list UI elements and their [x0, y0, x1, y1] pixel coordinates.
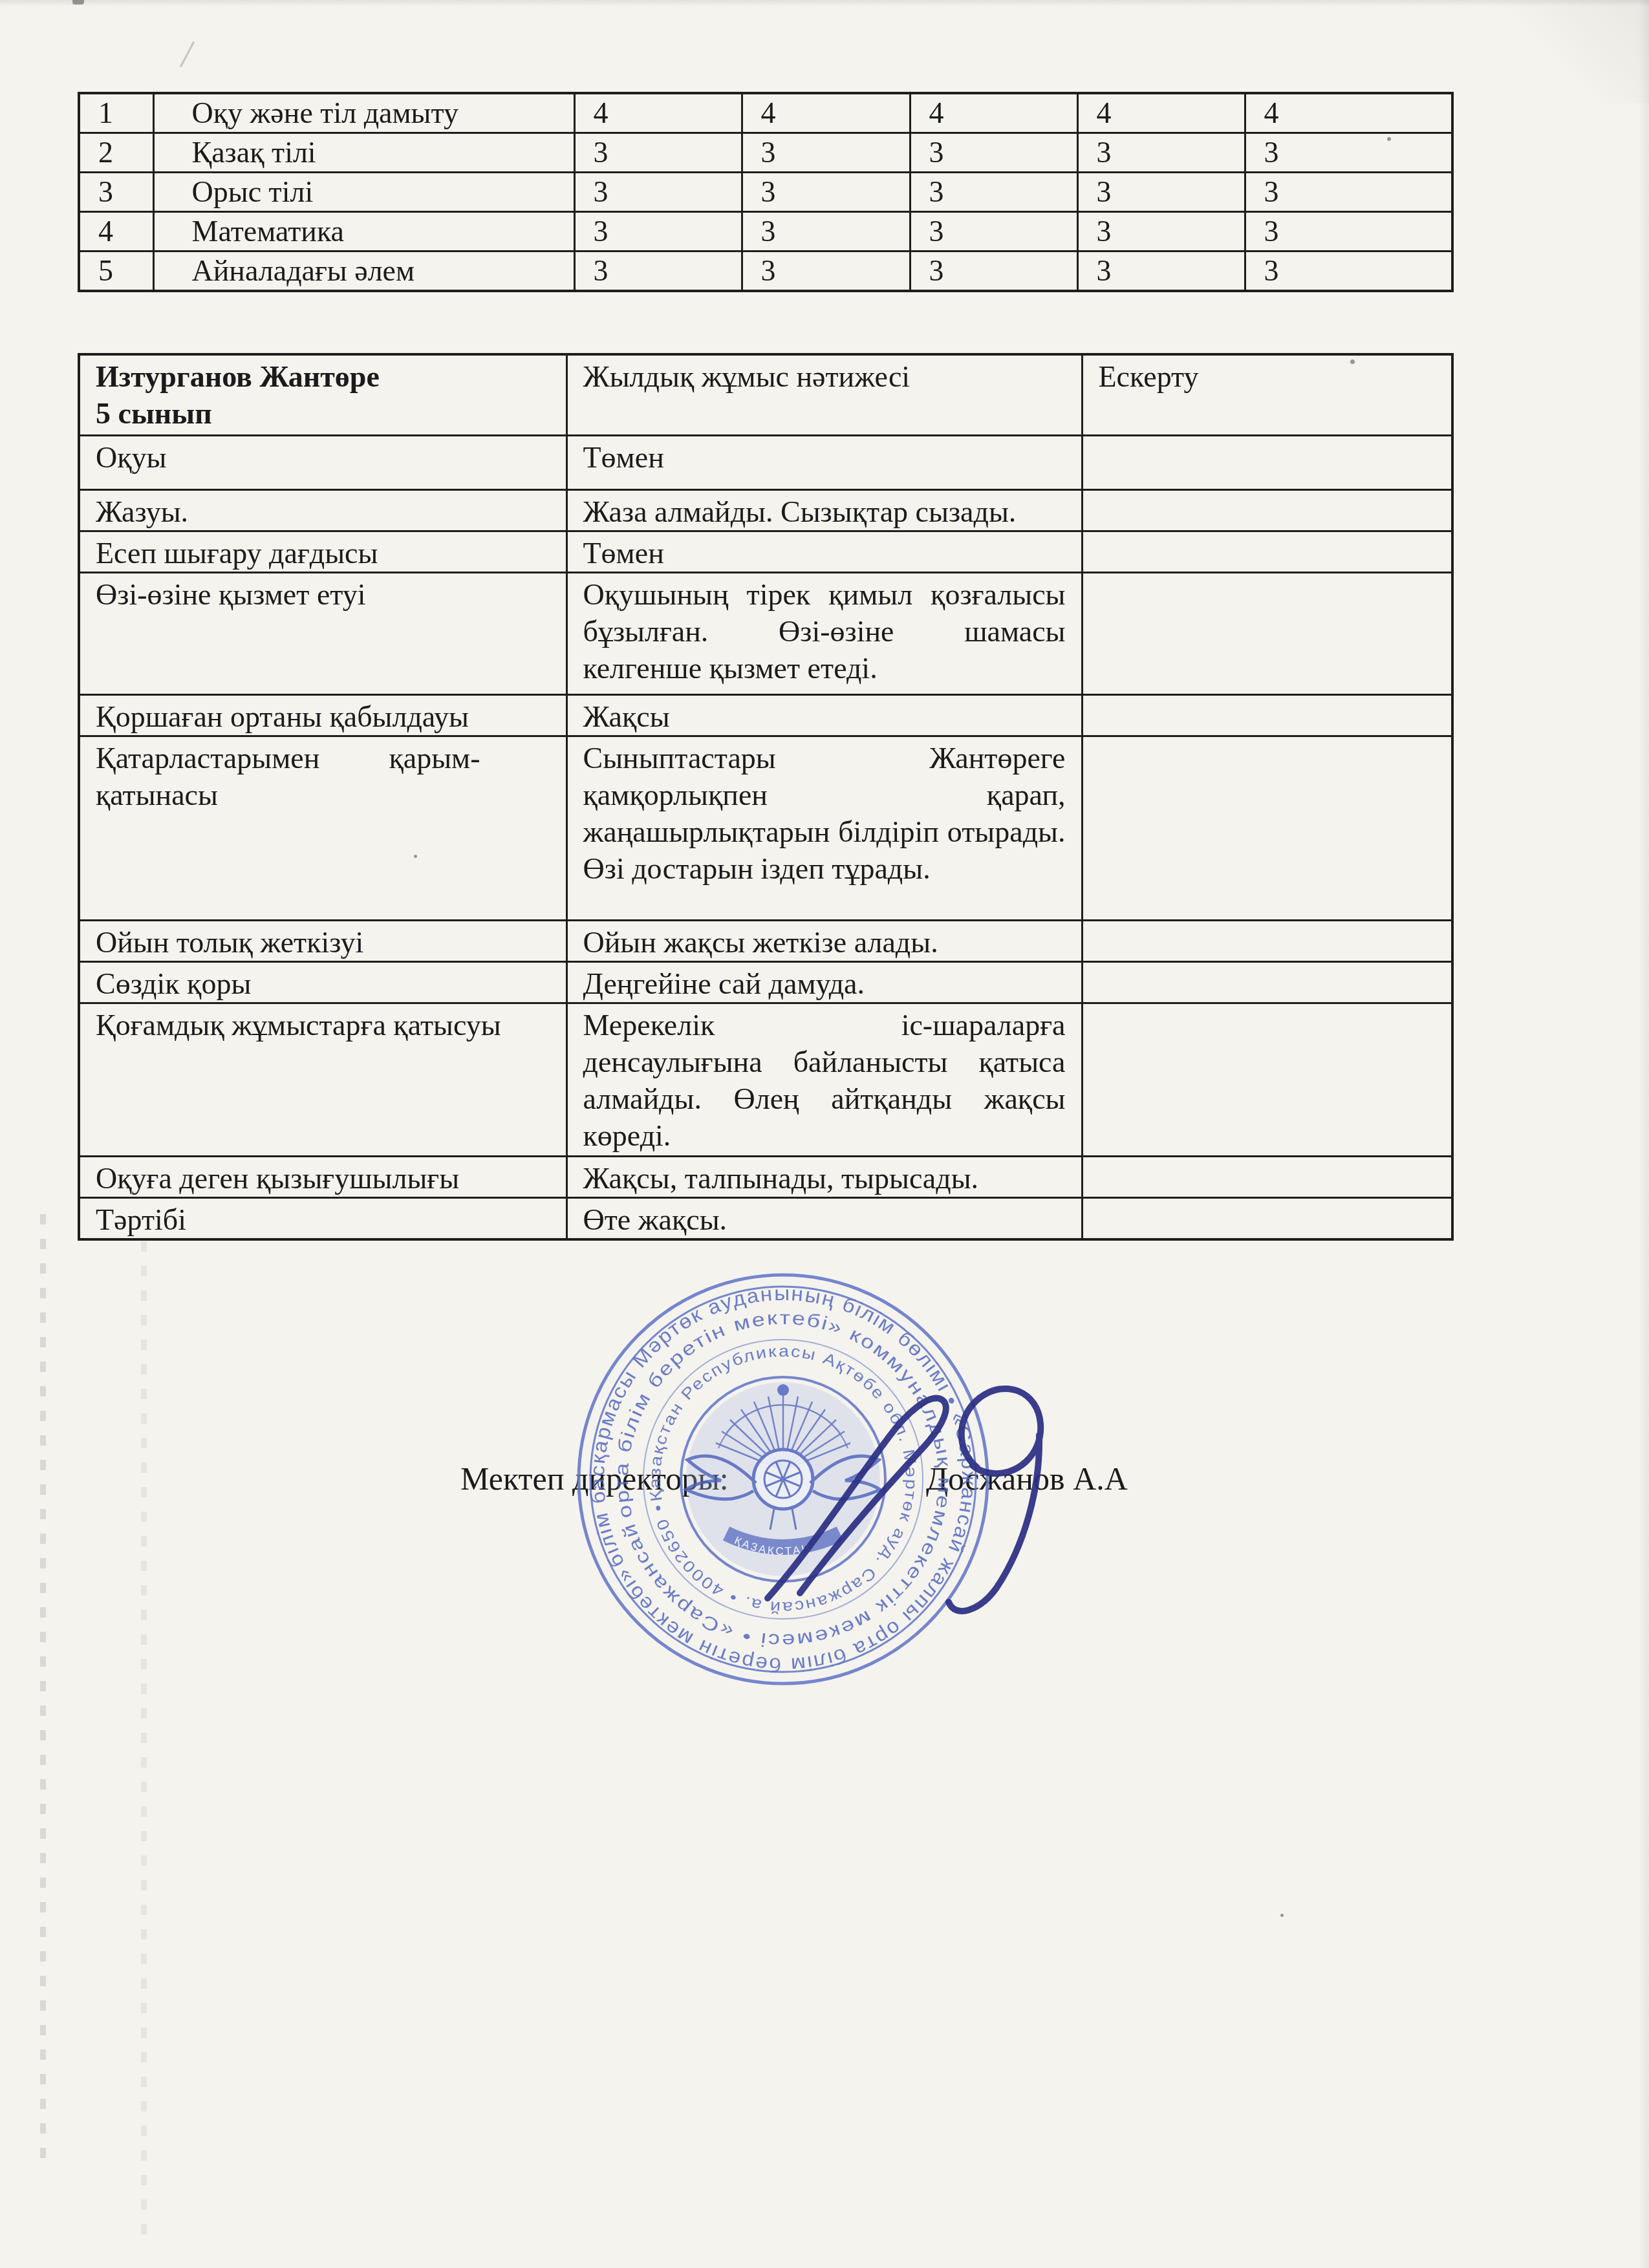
table-row: 1 Оқу және тіл дамыту 4 4 4 4 4: [79, 93, 1452, 133]
scan-edge-top: [0, 0, 1649, 6]
note-cell: [1082, 1197, 1452, 1239]
result-cell: Төмен: [566, 531, 1082, 572]
student-header-cell: Изтурганов Жантөре 5 сынып: [79, 354, 566, 435]
note-cell: [1082, 1003, 1452, 1156]
scan-edge-right: [1639, 0, 1649, 2268]
note-cell: [1082, 435, 1452, 489]
table-row: Ойын толық жеткізуі Ойын жақсы жеткізе а…: [79, 920, 1452, 961]
table-row: Жазуы. Жаза алмайды. Сызықтар сызады.: [79, 489, 1452, 531]
criteria-cell: Оқуға деген қызығушылығы: [79, 1156, 566, 1197]
mark-cell: 3: [910, 173, 1077, 212]
table-row: Оқуы Төмен: [79, 435, 1452, 489]
mark-cell: 3: [742, 133, 910, 173]
mark-cell: 4: [574, 93, 742, 133]
note-cell: [1082, 961, 1452, 1003]
table-row: 4 Математика 3 3 3 3 3: [79, 212, 1452, 251]
mark-cell: 3: [1245, 133, 1452, 173]
result-column-header: Жылдық жұмыс нәтижесі: [566, 354, 1082, 435]
criteria-cell: Өзі-өзіне қызмет етуі: [79, 572, 566, 694]
mark-cell: 4: [1077, 93, 1245, 133]
scan-streak: [40, 1214, 46, 2165]
scanned-report-page: 1 Оқу және тіл дамыту 4 4 4 4 4 2 Қазақ …: [0, 0, 1649, 2268]
mark-cell: 3: [910, 251, 1077, 292]
stamp-area: білім басқармасы Мәртөк ауданының білім …: [492, 1266, 1074, 1718]
table-row: 5 Айналадағы әлем 3 3 3 3 3: [79, 251, 1452, 292]
row-number-cell: 1: [79, 93, 153, 133]
result-cell: Жаза алмайды. Сызықтар сызады.: [566, 489, 1082, 531]
note-cell: [1082, 736, 1452, 920]
criteria-cell: Оқуы: [79, 435, 566, 489]
mark-cell: 3: [742, 212, 910, 251]
results-table: Изтурганов Жантөре 5 сынып Жылдық жұмыс …: [78, 353, 1454, 1241]
scan-nick: [72, 0, 84, 5]
subject-cell: Математика: [153, 212, 574, 251]
result-cell: Оқушының тірек қимыл қозғалысы бұзылған.…: [566, 572, 1082, 694]
table-row: Тәртібі Өте жақсы.: [79, 1197, 1452, 1239]
subject-cell: Оқу және тіл дамыту: [153, 93, 574, 133]
table-row: Оқуға деген қызығушылығы Жақсы, талпынад…: [79, 1156, 1452, 1197]
note-cell: [1082, 1156, 1452, 1197]
mark-cell: 3: [574, 212, 742, 251]
table-header-row: Изтурганов Жантөре 5 сынып Жылдық жұмыс …: [79, 354, 1452, 435]
subject-cell: Қазақ тілі: [153, 133, 574, 173]
mark-cell: 4: [1245, 93, 1452, 133]
mark-cell: 3: [1245, 212, 1452, 251]
result-cell: Өте жақсы.: [566, 1197, 1082, 1239]
mark-cell: 3: [1245, 251, 1452, 292]
mark-cell: 3: [1077, 251, 1245, 292]
mark-cell: 3: [574, 173, 742, 212]
mark-cell: 3: [1077, 212, 1245, 251]
note-cell: [1082, 694, 1452, 736]
row-number-cell: 2: [79, 133, 153, 173]
criteria-cell: Тәртібі: [79, 1197, 566, 1239]
mark-cell: 4: [910, 93, 1077, 133]
mark-cell: 3: [574, 251, 742, 292]
table-row: Қатарластарымен қарым-қатынасы Сыныптаст…: [79, 736, 1452, 920]
star-icon: [777, 1384, 789, 1396]
subjects-table: 1 Оқу және тіл дамыту 4 4 4 4 4 2 Қазақ …: [78, 92, 1454, 292]
subject-cell: Орыс тілі: [153, 173, 574, 212]
result-cell: Сыныптастары Жантөреге қамқорлықпен қара…: [566, 736, 1082, 920]
mark-cell: 3: [742, 251, 910, 292]
criteria-cell: Есеп шығару дағдысы: [79, 531, 566, 572]
table-row: Өзі-өзіне қызмет етуі Оқушының тірек қим…: [79, 572, 1452, 694]
kazakhstan-emblem-icon: ҚАЗАҚСТАН: [686, 1382, 880, 1576]
table-row: Қоғамдық жұмыстарға қатысуы Мерекелік іс…: [79, 1003, 1452, 1156]
note-cell: [1082, 920, 1452, 961]
criteria-cell: Қоршаған ортаны қабылдауы: [79, 694, 566, 736]
result-cell: Жақсы: [566, 694, 1082, 736]
mark-cell: 3: [574, 133, 742, 173]
row-number-cell: 4: [79, 212, 153, 251]
table-row: Сөздік қоры Деңгейіне сай дамуда.: [79, 961, 1452, 1003]
criteria-cell: Сөздік қоры: [79, 961, 566, 1003]
student-class: 5 сынып: [96, 395, 550, 432]
table-row: 3 Орыс тілі 3 3 3 3 3: [79, 173, 1452, 212]
scan-scratch: [180, 41, 195, 67]
student-name: Изтурганов Жантөре: [96, 358, 550, 395]
result-cell: Ойын жақсы жеткізе алады.: [566, 920, 1082, 961]
result-cell: Мерекелік іс-шараларға денсаулығына байл…: [566, 1003, 1082, 1156]
mark-cell: 3: [1077, 133, 1245, 173]
mark-cell: 3: [910, 133, 1077, 173]
scan-streak: [141, 1241, 147, 2237]
note-cell: [1082, 572, 1452, 694]
note-cell: [1082, 489, 1452, 531]
criteria-cell: Қатарластарымен қарым-қатынасы: [79, 736, 566, 920]
table-row: Есеп шығару дағдысы Төмен: [79, 531, 1452, 572]
table-row: Қоршаған ортаны қабылдауы Жақсы: [79, 694, 1452, 736]
mark-cell: 3: [742, 173, 910, 212]
note-column-header: Ескерту: [1082, 354, 1452, 435]
note-cell: [1082, 531, 1452, 572]
result-cell: Төмен: [566, 435, 1082, 489]
criteria-cell: Ойын толық жеткізуі: [79, 920, 566, 961]
row-number-cell: 5: [79, 251, 153, 292]
criteria-cell: Қоғамдық жұмыстарға қатысуы: [79, 1003, 566, 1156]
criteria-cell: Жазуы.: [79, 489, 566, 531]
subject-cell: Айналадағы әлем: [153, 251, 574, 292]
scan-speck: [1280, 1914, 1284, 1917]
mark-cell: 3: [910, 212, 1077, 251]
mark-cell: 3: [1077, 173, 1245, 212]
mark-cell: 3: [1245, 173, 1452, 212]
result-cell: Деңгейіне сай дамуда.: [566, 961, 1082, 1003]
school-stamp: білім басқармасы Мәртөк ауданының білім …: [492, 1266, 1074, 1718]
result-cell: Жақсы, талпынады, тырысады.: [566, 1156, 1082, 1197]
scan-corner-shade: [1455, 0, 1649, 103]
table-row: 2 Қазақ тілі 3 3 3 3 3: [79, 133, 1452, 173]
mark-cell: 4: [742, 93, 910, 133]
row-number-cell: 3: [79, 173, 153, 212]
